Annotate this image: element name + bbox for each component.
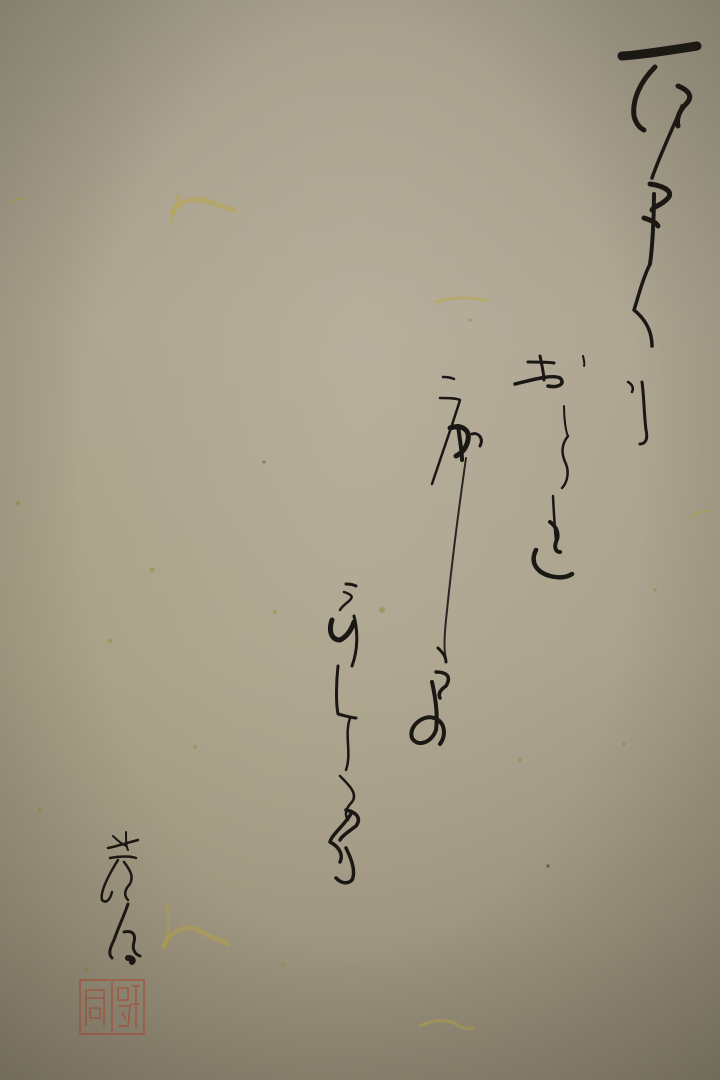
scroll-photograph: Japanese hanging scroll (kakejiku) with …: [0, 0, 720, 1080]
paper-stains: [10, 196, 712, 1029]
artist-signature: [102, 832, 140, 962]
red-seal-stamp: [80, 980, 144, 1034]
calligraphy-column-3: [411, 377, 481, 744]
calligraphy-column-1: [622, 46, 697, 444]
calligraphy-column-2: [515, 356, 584, 577]
calligraphy-column-4: [330, 584, 358, 883]
scroll-artwork: [0, 0, 720, 1080]
